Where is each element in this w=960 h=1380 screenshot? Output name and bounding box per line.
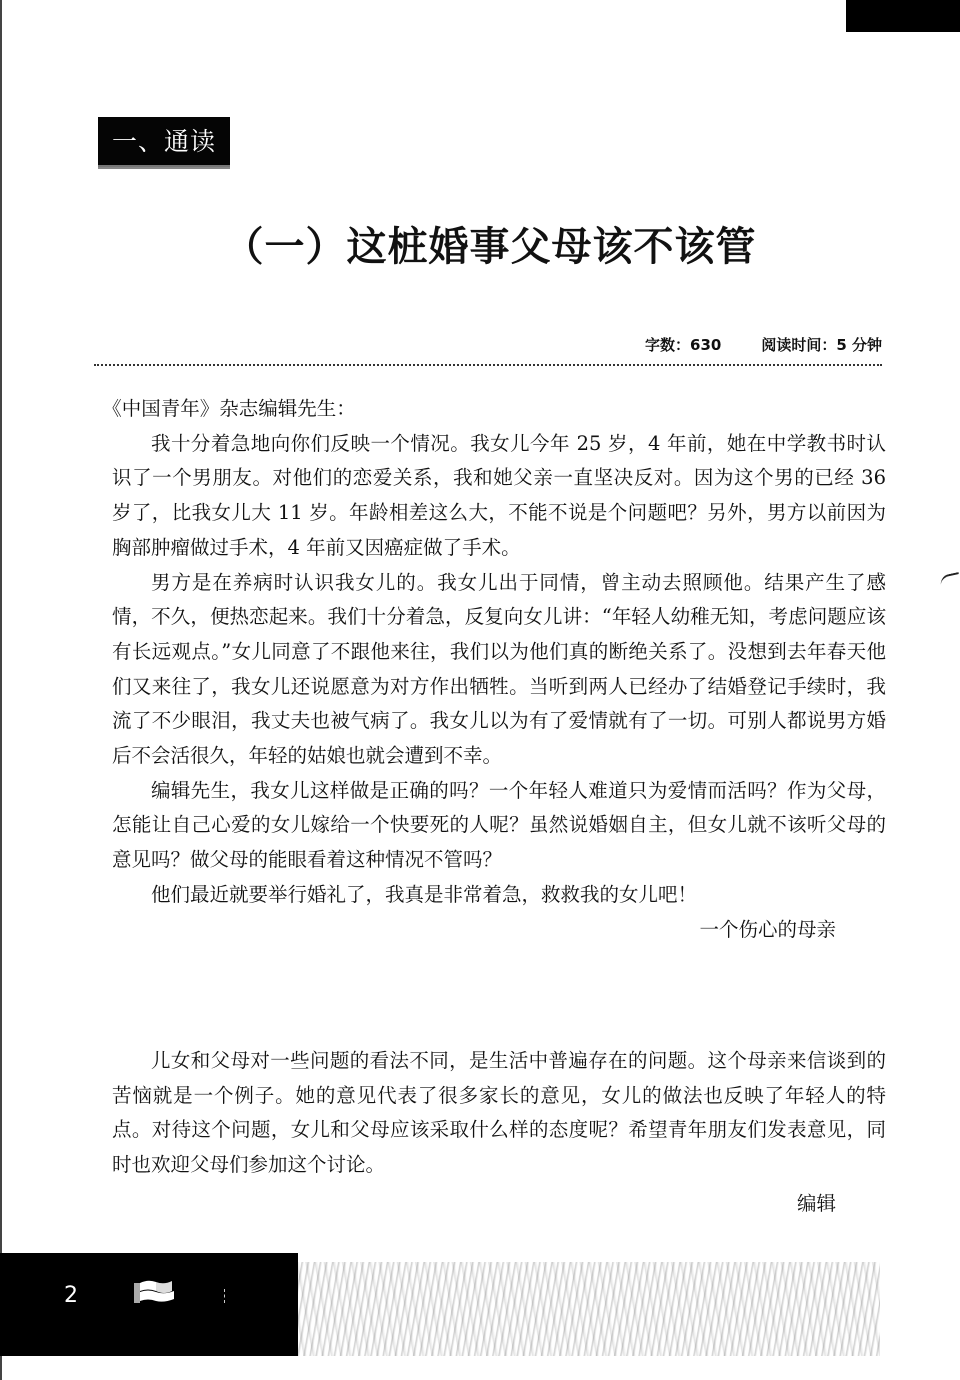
section-label: 一、通读 <box>98 117 230 167</box>
book-flag-icon <box>134 1279 178 1305</box>
letter-paragraph: 男方是在养病时认识我女儿的。我女儿出于同情，曾主动去照顾他。结果产生了感情，不久… <box>112 566 886 774</box>
editor-note: 儿女和父母对一些问题的看法不同，是生活中普遍存在的问题。这个母亲来信谈到的苦恼就… <box>112 1044 886 1222</box>
letter-signature: 一个伤心的母亲 <box>112 913 886 948</box>
footer-tick <box>224 1289 226 1303</box>
footer-texture <box>298 1262 880 1356</box>
letter-body: 《中国青年》杂志编辑先生： 我十分着急地向你们反映一个情况。我女儿今年 25 岁… <box>112 392 886 947</box>
editor-signature: 编辑 <box>112 1187 886 1222</box>
margin-pen-mark <box>939 572 960 588</box>
dotted-divider <box>94 364 882 366</box>
article-meta: 字数：630 阅读时间：5 分钟 <box>645 334 882 355</box>
page-number: 2 <box>64 1283 78 1308</box>
letter-salutation: 《中国青年》杂志编辑先生： <box>112 392 886 427</box>
page-edge <box>0 0 2 1380</box>
letter-paragraph: 他们最近就要举行婚礼了，我真是非常着急，救救我的女儿吧！ <box>112 878 886 913</box>
reading-time: 阅读时间：5 分钟 <box>761 334 882 355</box>
corner-tab <box>846 0 960 32</box>
page-title: （一）这桩婚事父母该不该管 <box>0 215 960 272</box>
word-count: 字数：630 <box>645 334 721 355</box>
editor-note-paragraph: 儿女和父母对一些问题的看法不同，是生活中普遍存在的问题。这个母亲来信谈到的苦恼就… <box>112 1044 886 1183</box>
letter-paragraph: 我十分着急地向你们反映一个情况。我女儿今年 25 岁，4 年前，她在中学教书时认… <box>112 427 886 566</box>
letter-paragraph: 编辑先生，我女儿这样做是正确的吗？一个年轻人难道只为爱情而活吗？作为父母，怎能让… <box>112 774 886 878</box>
